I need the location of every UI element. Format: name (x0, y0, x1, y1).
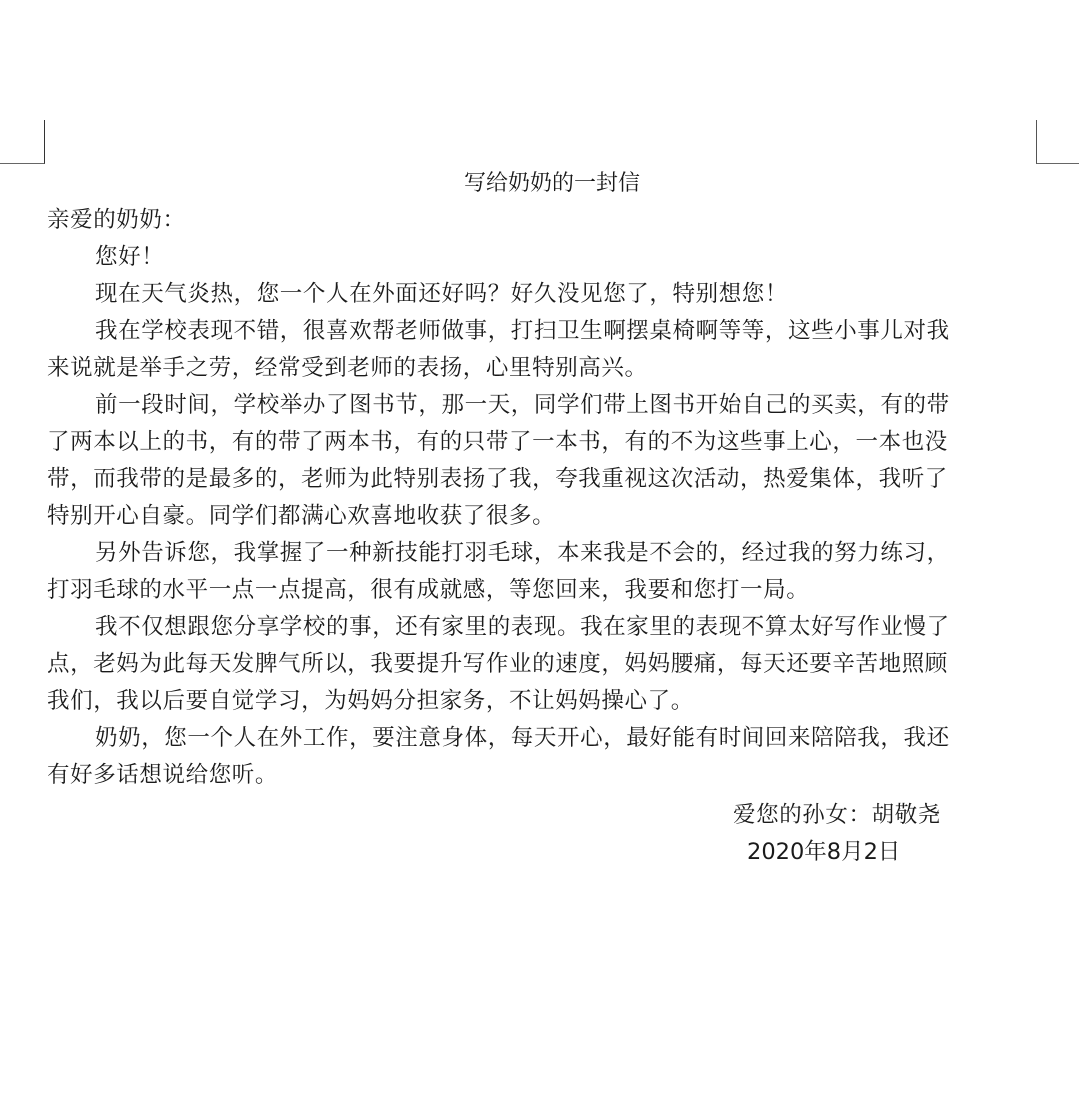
letter-title: 写给奶奶的一封信 (47, 165, 1027, 202)
paragraph-3-line-2: 了两本以上的书，有的带了两本书，有的只带了一本书，有的不为这些事上心，一本也没 (47, 424, 1027, 461)
letter-greeting: 您好！ (47, 239, 1027, 276)
page-corner-mark-right (1036, 120, 1079, 164)
page-corner-mark-left (0, 120, 45, 164)
paragraph-3-line-4: 特别开心自豪。同学们都满心欢喜地收获了很多。 (47, 498, 1027, 535)
paragraph-2-line-1: 我在学校表现不错，很喜欢帮老师做事，打扫卫生啊摆桌椅啊等等，这些小事儿对我 (47, 313, 1027, 350)
paragraph-5-line-2: 点，老妈为此每天发脾气所以，我要提升写作业的速度，妈妈腰痛，每天还要辛苦地照顾 (47, 646, 1027, 683)
paragraph-5-line-1: 我不仅想跟您分享学校的事，还有家里的表现。我在家里的表现不算太好写作业慢了 (47, 609, 1027, 646)
letter-salutation: 亲爱的奶奶： (47, 202, 1027, 239)
paragraph-3-line-3: 带，而我带的是最多的，老师为此特别表扬了我，夸我重视这次活动，热爱集体，我听了 (47, 461, 1027, 498)
paragraph-4-line-2: 打羽毛球的水平一点一点提高，很有成就感，等您回来，我要和您打一局。 (47, 572, 1027, 609)
paragraph-2-line-2: 来说就是举手之劳，经常受到老师的表扬，心里特别高兴。 (47, 350, 1027, 387)
paragraph-6-line-1: 奶奶，您一个人在外工作，要注意身体，每天开心，最好能有时间回来陪陪我，我还 (47, 720, 1027, 757)
paragraph-5-line-3: 我们，我以后要自觉学习，为妈妈分担家务，不让妈妈操心了。 (47, 683, 1027, 720)
document-page: 写给奶奶的一封信 亲爱的奶奶： 您好！ 现在天气炎热，您一个人在外面还好吗？好久… (47, 165, 1027, 794)
paragraph-1-line-1: 现在天气炎热，您一个人在外面还好吗？好久没见您了，特别想您！ (47, 276, 1027, 313)
paragraph-6-line-2: 有好多话想说给您听。 (47, 757, 1027, 794)
paragraph-3-line-1: 前一段时间，学校举办了图书节，那一天，同学们带上图书开始自己的买卖，有的带 (47, 387, 1027, 424)
letter-date: 2020年8月2日 (747, 834, 900, 871)
paragraph-4-line-1: 另外告诉您，我掌握了一种新技能打羽毛球，本来我是不会的，经过我的努力练习， (47, 535, 1027, 572)
letter-signature: 爱您的孙女：胡敬尧 (733, 797, 941, 834)
